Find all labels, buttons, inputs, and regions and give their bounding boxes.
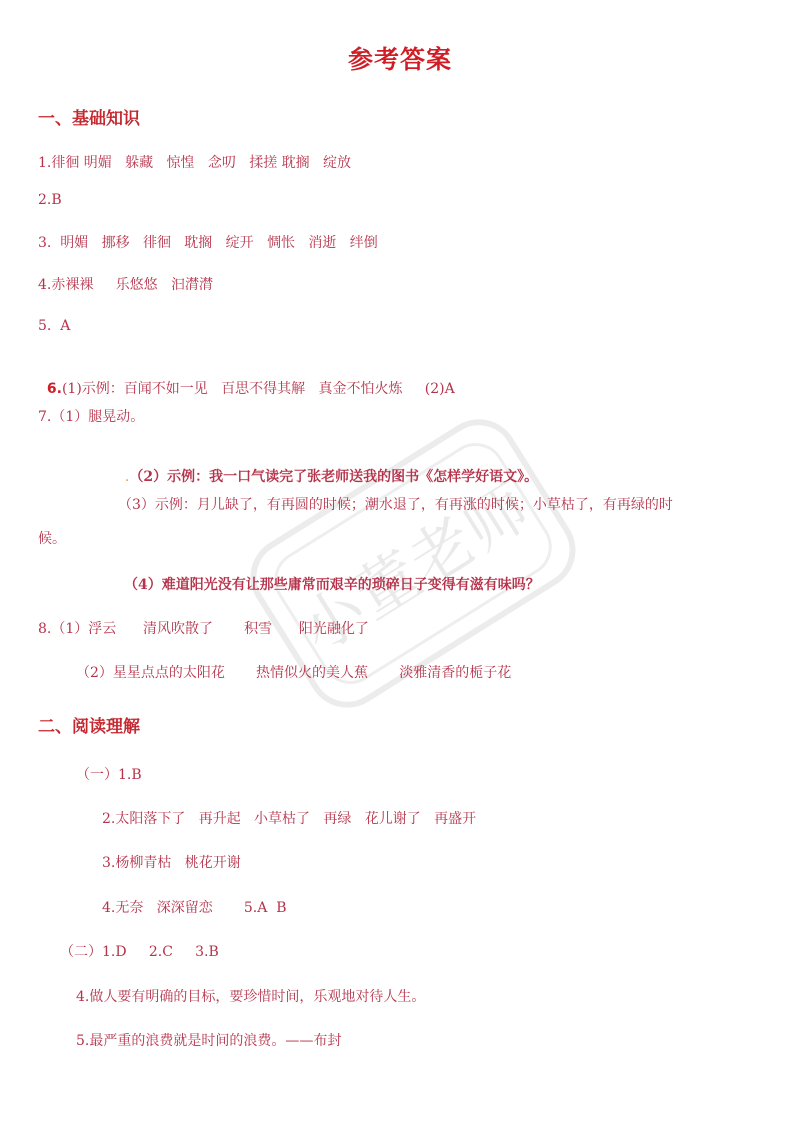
- answer-q6-text: (1)示例：百闻不如一见 百思不得其解 真金不怕火炼 (2)A: [62, 381, 455, 397]
- answer-q7-part2: .（2）示例：我一口气读完了张老师送我的图书《怎样学好语文》。: [116, 450, 538, 486]
- answer-reading2-q1-q3: （二）1.D 2.C 3.B: [60, 941, 219, 961]
- answer-q7-part1: 7.（1）腿晃动。: [38, 406, 144, 426]
- section-heading-reading: 二、阅读理解: [38, 712, 140, 737]
- page-title: 参考答案: [0, 40, 800, 76]
- answer-reading2-q5: 5.最严重的浪费就是时间的浪费。——布封: [76, 1030, 341, 1050]
- answer-reading1-q2: 2.太阳落下了 再升起 小草枯了 再绿 花儿谢了 再盛开: [102, 808, 476, 828]
- answer-q7-part4: （4）难道阳光没有让那些庸常而艰辛的琐碎日子变得有滋有味吗？: [124, 574, 540, 594]
- answer-q8-part1: 8.（1）浮云 清风吹散了 积雪 阳光融化了: [38, 618, 369, 638]
- answer-q6-number: 6.: [47, 381, 62, 397]
- answer-q8-part2: （2）星星点点的太阳花 热情似火的美人蕉 淡雅清香的栀子花: [76, 662, 511, 682]
- answer-q7-part3-wrap: 候。: [38, 528, 66, 548]
- answer-q1: 1.徘徊 明媚 躲藏 惊惶 念叨 揉搓 耽搁 绽放: [38, 152, 351, 172]
- answer-q5: 5. A: [38, 318, 70, 334]
- answer-q3: 3. 明媚 挪移 徘徊 耽搁 绽开 惆怅 消逝 绊倒: [38, 232, 378, 252]
- answer-reading1-q3: 3.杨柳青枯 桃花开谢: [102, 852, 241, 872]
- answer-q6: 6.(1)示例：百闻不如一见 百思不得其解 真金不怕火炼 (2)A: [38, 362, 455, 398]
- answer-q4: 4.赤裸裸 乐悠悠 汩潸潸: [38, 274, 213, 294]
- answer-reading1-q4-q5: 4.无奈 深深留恋 5.A B: [102, 897, 287, 917]
- answer-reading1-q1: （一）1.B: [76, 764, 142, 784]
- answer-q7-part2-text: （2）示例：我一口气读完了张老师送我的图书《怎样学好语文》。: [129, 469, 538, 485]
- answer-reading2-q4: 4.做人要有明确的目标，要珍惜时间，乐观地对待人生。: [76, 986, 425, 1006]
- section-heading-basics: 一、基础知识: [38, 104, 140, 129]
- answer-q2: 2.B: [38, 192, 62, 208]
- answer-q7-part3: （3）示例：月儿缺了，有再圆的时候；潮水退了，有再涨的时候；小草枯了，有再绿的时: [118, 494, 673, 514]
